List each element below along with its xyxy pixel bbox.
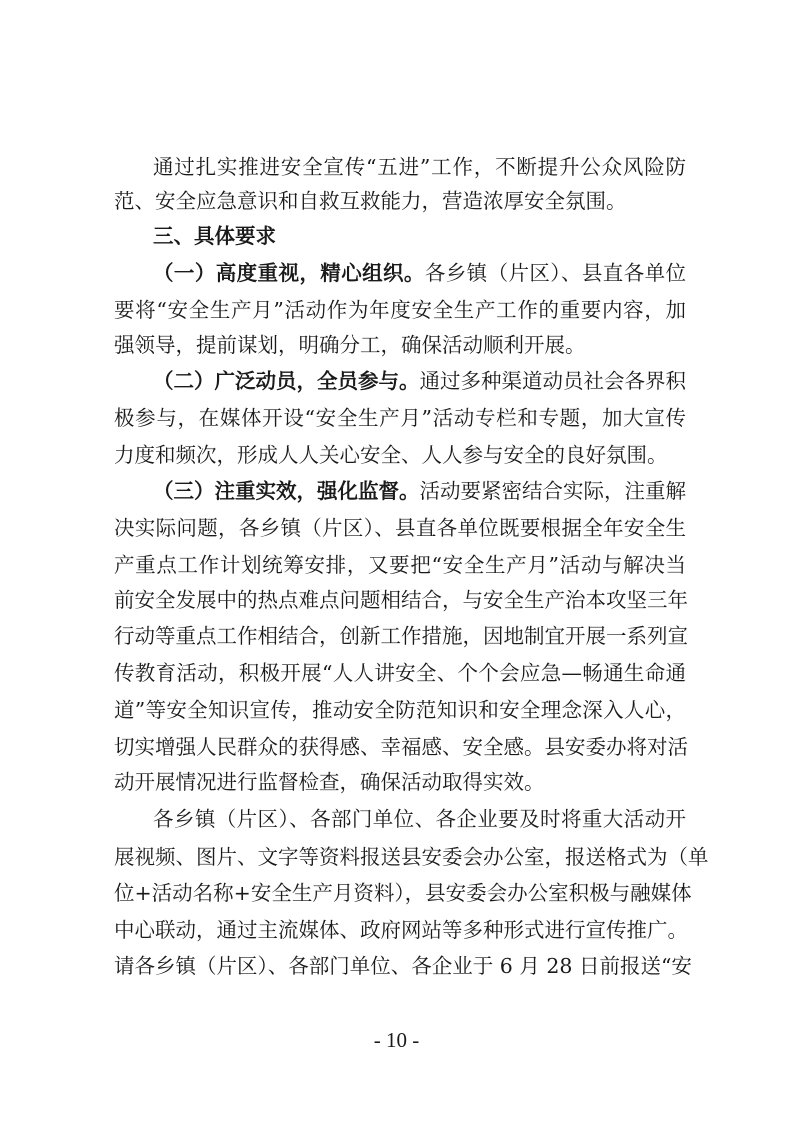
text-line: 传教育活动，积极开展“人人讲安全、个个会应急—畅通生命通	[114, 659, 686, 687]
line-text: 极参与，在媒体开设“安全生产月”活动专栏和专题，加大宣传	[114, 406, 686, 430]
text-line: 力度和频次，形成人人关心安全、人人参与安全的良好氛围。	[114, 441, 686, 469]
line-text: 中心联动，通过主流媒体、政府网站等多种形式进行宣传推广。	[114, 918, 688, 942]
subsection-heading: （二）广泛动员，全员参与。	[153, 369, 420, 393]
section-heading: 三、具体要求	[153, 222, 686, 250]
page-number: - 10 -	[0, 1028, 793, 1053]
line-text: 传教育活动，积极开展“人人讲安全、个个会应急—畅通生命通	[114, 661, 686, 685]
line-text: 范、安全应急意识和自救互救能力，营造浓厚安全氛围。	[114, 189, 627, 213]
subsection-heading: （一）高度重视，精心组织。	[153, 261, 425, 285]
text-line: 展视频、图片、文字等资料报送县安委会办公室，报送格式为（单	[114, 843, 686, 871]
text-line: 极参与，在媒体开设“安全生产月”活动专栏和专题，加大宣传	[114, 404, 686, 432]
line-text: 三、具体要求	[153, 224, 276, 248]
text-line: 强领导，提前谋划，明确分工，确保活动顺利开展。	[114, 331, 686, 359]
text-line: （二）广泛动员，全员参与。通过多种渠道动员社会各界积	[153, 367, 686, 395]
line-text: 前安全发展中的热点难点问题相结合，与安全生产治本攻坚三年	[114, 588, 688, 612]
line-text: 产重点工作计划统筹安排，又要把“安全生产月”活动与解决当	[114, 553, 686, 577]
line-text: 强领导，提前谋划，明确分工，确保活动顺利开展。	[114, 333, 586, 357]
line-text: 决实际问题，各乡镇（片区）、县直各单位既要根据全年安全生	[114, 516, 686, 540]
text-line: （三）注重实效，强化监督。活动要紧密结合实际，注重解	[153, 477, 686, 505]
text-line: 要将“安全生产月”活动作为年度安全生产工作的重要内容，加	[114, 296, 686, 324]
text-line: 中心联动，通过主流媒体、政府网站等多种形式进行宣传推广。	[114, 916, 686, 944]
line-text: 各乡镇（片区）、县直各单位	[425, 261, 686, 285]
line-text: 力度和频次，形成人人关心安全、人人参与安全的良好氛围。	[114, 443, 668, 467]
text-line: 通过扎实推进安全宣传“五进”工作，不断提升公众风险防	[153, 153, 686, 181]
text-line: 切实增强人民群众的获得感、幸福感、安全感。县安委办将对活	[114, 733, 686, 761]
text-line: （一）高度重视，精心组织。各乡镇（片区）、县直各单位	[153, 259, 686, 287]
text-line: 位+活动名称+安全生产月资料），县安委会办公室积极与融媒体	[114, 879, 686, 907]
line-text: 要将“安全生产月”活动作为年度安全生产工作的重要内容，加	[114, 298, 686, 322]
line-text: 请各乡镇（片区）、各部门单位、各企业于 6 月 28 日前报送“安	[114, 954, 692, 978]
line-text: 活动要紧密结合实际，注重解	[420, 479, 687, 503]
text-line: 行动等重点工作相结合，创新工作措施，因地制宜开展一系列宣	[114, 622, 686, 650]
text-line: 范、安全应急意识和自救互救能力，营造浓厚安全氛围。	[114, 187, 686, 215]
line-text: 行动等重点工作相结合，创新工作措施，因地制宜开展一系列宣	[114, 624, 688, 648]
text-line: 产重点工作计划统筹安排，又要把“安全生产月”活动与解决当	[114, 551, 686, 579]
text-line: 前安全发展中的热点难点问题相结合，与安全生产治本攻坚三年	[114, 586, 686, 614]
line-text: 各乡镇（片区）、各部门单位、各企业要及时将重大活动开	[153, 807, 686, 831]
line-text: 通过多种渠道动员社会各界积	[420, 369, 687, 393]
text-line: 道”等安全知识宣传，推动安全防范知识和安全理念深入人心，	[114, 696, 686, 724]
line-text: 道”等安全知识宣传，推动安全防范知识和安全理念深入人心，	[114, 698, 686, 722]
text-line: 动开展情况进行监督检查，确保活动取得实效。	[114, 768, 686, 796]
text-line: 各乡镇（片区）、各部门单位、各企业要及时将重大活动开	[153, 805, 686, 833]
document-page: 通过扎实推进安全宣传“五进”工作，不断提升公众风险防范、安全应急意识和自救互救能…	[0, 0, 793, 1122]
line-text: 位+活动名称+安全生产月资料），县安委会办公室积极与融媒体	[114, 881, 692, 905]
line-text: 通过扎实推进安全宣传“五进”工作，不断提升公众风险防	[153, 155, 686, 179]
line-text: 展视频、图片、文字等资料报送县安委会办公室，报送格式为（单	[114, 845, 709, 869]
text-line: 请各乡镇（片区）、各部门单位、各企业于 6 月 28 日前报送“安	[114, 952, 686, 980]
line-text: 切实增强人民群众的获得感、幸福感、安全感。县安委办将对活	[114, 735, 688, 759]
text-line: 决实际问题，各乡镇（片区）、县直各单位既要根据全年安全生	[114, 514, 686, 542]
subsection-heading: （三）注重实效，强化监督。	[153, 479, 420, 503]
line-text: 动开展情况进行监督检查，确保活动取得实效。	[114, 770, 545, 794]
